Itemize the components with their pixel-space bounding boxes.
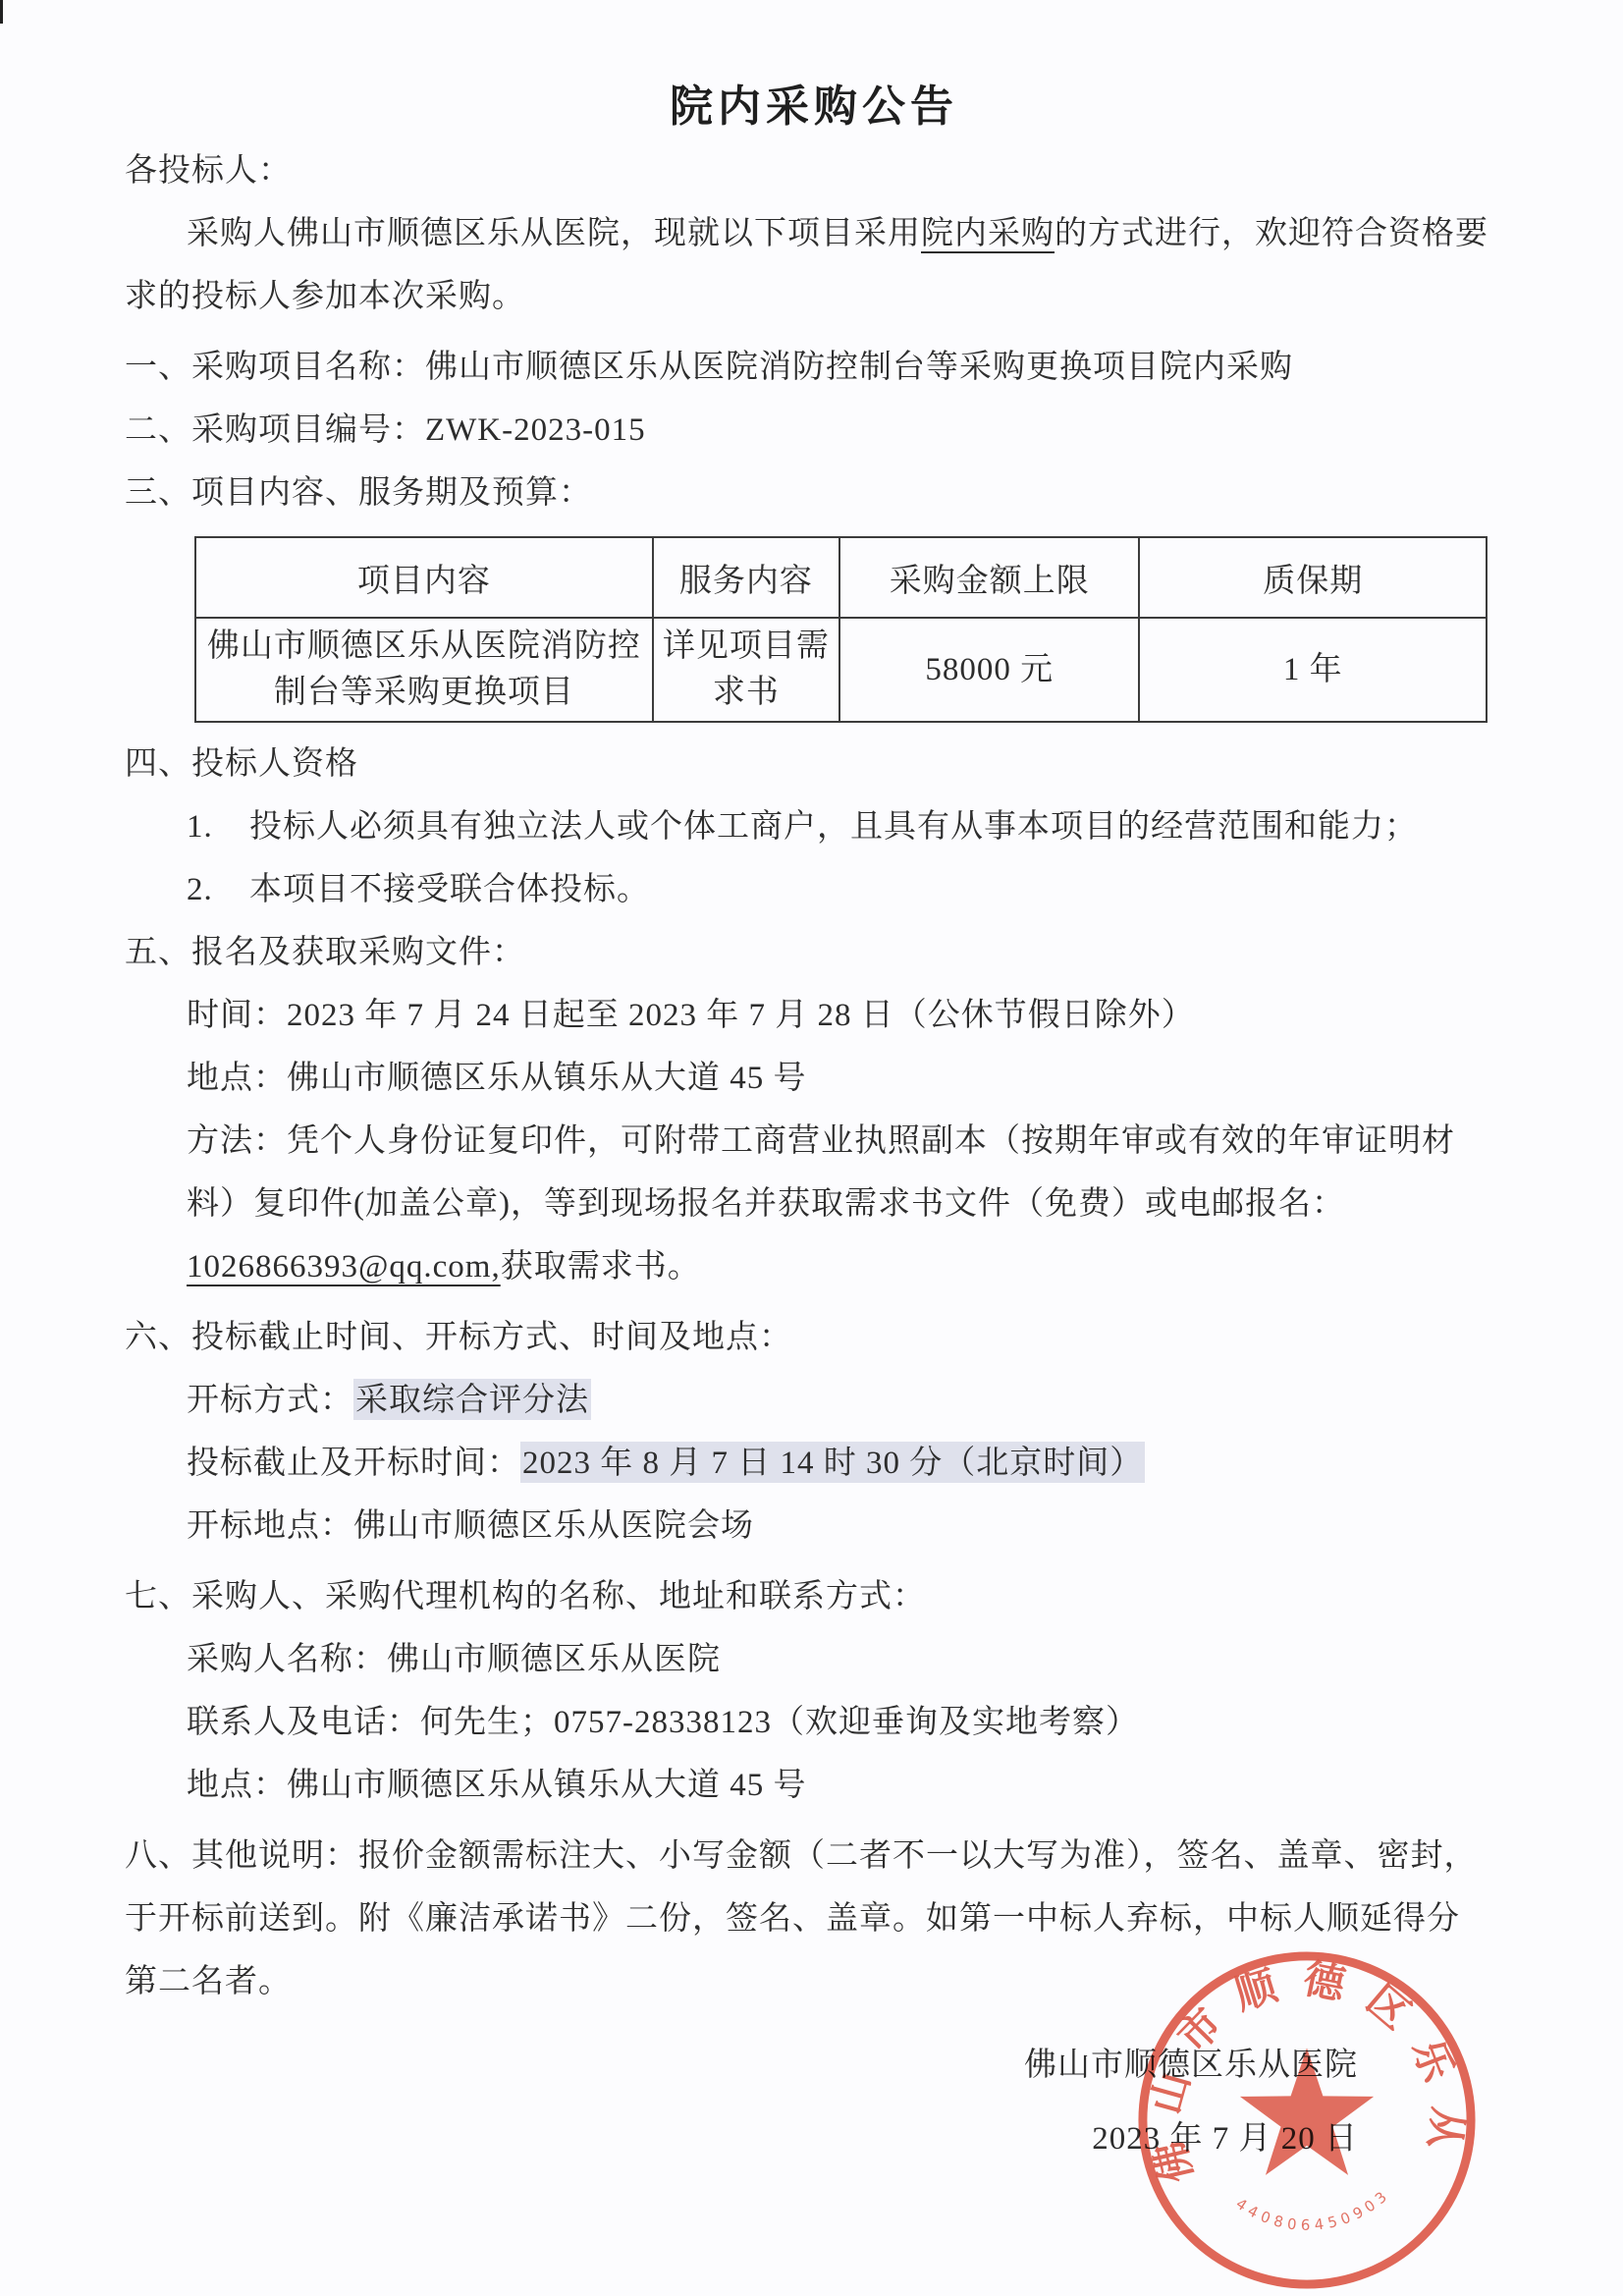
- intro-paragraph-line2: 求的投标人参加本次采购。: [125, 265, 1503, 328]
- item-8-other-notes-line2: 于开标前送到。附《廉洁承诺书》二份，签名、盖章。如第一中标人弃标，中标人顺延得分: [125, 1887, 1503, 1950]
- qualification-point-2: 2.本项目不接受联合体投标。: [187, 858, 1503, 921]
- document-body: 院内采购公告 各投标人： 采购人佛山市顺德区乐从医院，现就以下项目采用院内采购的…: [0, 0, 1623, 2176]
- buyer-name: 采购人名称：佛山市顺德区乐从医院: [187, 1628, 1503, 1691]
- table-row: 佛山市顺德区乐从医院消防控制台等采购更换项目 详见项目需求书 58000 元 1…: [195, 618, 1487, 722]
- procurement-notice-page: 院内采购公告 各投标人： 采购人佛山市顺德区乐从医院，现就以下项目采用院内采购的…: [0, 0, 1623, 2296]
- cell-amount-limit: 58000 元: [839, 618, 1139, 722]
- svg-text:佛山市顺德区乐从医院: 佛山市顺德区乐从医院: [1131, 1944, 1470, 2187]
- col-header-amount-limit: 采购金额上限: [839, 537, 1139, 618]
- bid-opening-place: 开标地点：佛山市顺德区乐从医院会场: [187, 1495, 1503, 1558]
- point-text: 投标人必须具有独立法人或个体工商户，且具有从事本项目的经营范围和能力；: [249, 809, 1418, 845]
- item-6-heading: 六、投标截止时间、开标方式、时间及地点：: [125, 1306, 1503, 1369]
- col-header-warranty: 质保期: [1139, 537, 1487, 618]
- col-header-project-content: 项目内容: [195, 537, 653, 618]
- intro-text: 采购人佛山市顺德区乐从医院，现就以下项目采用: [187, 216, 921, 251]
- item-5-heading: 五、报名及获取采购文件：: [125, 921, 1503, 984]
- buyer-address: 地点：佛山市顺德区乐从镇乐从大道 45 号: [187, 1754, 1503, 1817]
- bid-deadline-label: 投标截止及开标时间：: [187, 1446, 520, 1481]
- registration-place: 地点：佛山市顺德区乐从镇乐从大道 45 号: [187, 1047, 1503, 1110]
- bid-opening-method: 开标方式：采取综合评分法: [187, 1369, 1503, 1432]
- email-link[interactable]: 1026866393@qq.com,: [187, 1249, 501, 1285]
- cell-warranty: 1 年: [1139, 618, 1487, 722]
- intro-paragraph-line1: 采购人佛山市顺德区乐从医院，现就以下项目采用院内采购的方式进行，欢迎符合资格要: [125, 202, 1503, 265]
- bid-method-value-highlighted: 采取综合评分法: [353, 1379, 591, 1420]
- salutation: 各投标人：: [125, 139, 1503, 202]
- point-text: 本项目不接受联合体投标。: [249, 872, 650, 907]
- registration-time: 时间：2023 年 7 月 24 日起至 2023 年 7 月 28 日（公休节…: [187, 984, 1503, 1047]
- cell-service-content: 详见项目需求书: [653, 618, 839, 722]
- registration-method-line3: 1026866393@qq.com,获取需求书。: [187, 1235, 1503, 1298]
- qualification-point-1: 1.投标人必须具有独立法人或个体工商户，且具有从事本项目的经营范围和能力；: [187, 795, 1503, 858]
- bid-deadline-value-highlighted: 2023 年 8 月 7 日 14 时 30 分（北京时间）: [520, 1442, 1145, 1483]
- item-2-project-number: 二、采购项目编号：ZWK-2023-015: [125, 399, 1503, 462]
- method-tail-text: 获取需求书。: [501, 1249, 701, 1285]
- seal-arc-text: 佛山市顺德区乐从医院: [1131, 1944, 1470, 2187]
- cell-project-content: 佛山市顺德区乐从医院消防控制台等采购更换项目: [195, 618, 653, 722]
- point-number: 1.: [187, 795, 249, 858]
- bid-method-label: 开标方式：: [187, 1383, 353, 1418]
- item-7-heading: 七、采购人、采购代理机构的名称、地址和联系方式：: [125, 1565, 1503, 1628]
- contact-person-phone: 联系人及电话：何先生；0757-28338123（欢迎垂询及实地考察）: [187, 1691, 1503, 1754]
- item-3-heading: 三、项目内容、服务期及预算：: [125, 462, 1503, 524]
- official-seal: 佛山市顺德区乐从医院 4408064509031: [1131, 1944, 1483, 2296]
- col-header-service-content: 服务内容: [653, 537, 839, 618]
- registration-method-line1: 方法：凭个人身份证复印件，可附带工商营业执照副本（按期年审或有效的年审证明材: [187, 1110, 1503, 1173]
- seal-star-icon: [1240, 2048, 1374, 2174]
- item-1-project-name: 一、采购项目名称：佛山市顺德区乐从医院消防控制台等采购更换项目院内采购: [125, 336, 1503, 399]
- registration-method-line2: 料）复印件(加盖公章)，等到现场报名并获取需求书文件（免费）或电邮报名：: [187, 1173, 1503, 1235]
- budget-table: 项目内容 服务内容 采购金额上限 质保期 佛山市顺德区乐从医院消防控制台等采购更…: [194, 536, 1488, 723]
- bid-deadline: 投标截止及开标时间：2023 年 8 月 7 日 14 时 30 分（北京时间）: [187, 1432, 1503, 1495]
- item-4-heading: 四、投标人资格: [125, 733, 1503, 795]
- intro-text-cont: 的方式进行，欢迎符合资格要: [1055, 216, 1488, 251]
- seal-icon: 佛山市顺德区乐从医院 4408064509031: [1131, 1944, 1483, 2296]
- table-header-row: 项目内容 服务内容 采购金额上限 质保期: [195, 537, 1487, 618]
- intro-underlined-term: 院内采购: [921, 216, 1055, 251]
- item-8-other-notes-line1: 八、其他说明：报价金额需标注大、小写金额（二者不一以大写为准），签名、盖章、密封…: [125, 1825, 1503, 1887]
- page-title: 院内采购公告: [125, 81, 1503, 134]
- point-number: 2.: [187, 858, 249, 921]
